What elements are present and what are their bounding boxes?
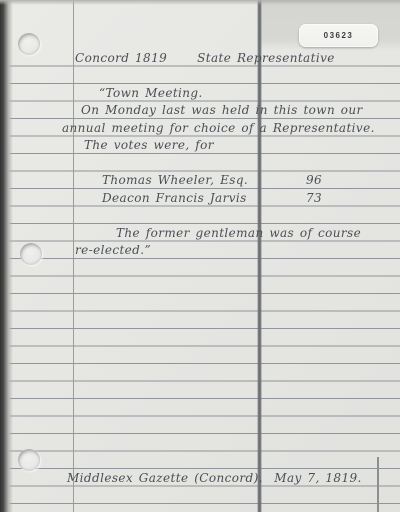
page-title: Concord 1819State Representative (75, 51, 335, 66)
closing-line: re-elected.” (75, 243, 151, 258)
hole-punch (18, 449, 40, 471)
vote-count: 73 (306, 191, 322, 206)
margin-line (73, 0, 74, 512)
catalog-number: 03623 (324, 31, 354, 40)
article-heading: “Town Meeting. (99, 86, 203, 101)
hole-punch (18, 33, 40, 55)
vote-name: Thomas Wheeler, Esq. (102, 173, 248, 188)
title-subject: State Representative (197, 51, 335, 65)
body-line: The votes were, for (84, 138, 214, 153)
vote-count: 96 (306, 173, 322, 188)
page-left-edge (0, 0, 13, 512)
body-line: On Monday last was held in this town our (81, 103, 363, 118)
scanned-document-page: 03623 Concord 1819State Representative “… (0, 0, 400, 512)
body-line: annual meeting for choice of a Represent… (62, 121, 375, 136)
catalog-number-label: 03623 (299, 24, 378, 47)
fold-crease-line (257, 0, 262, 512)
title-place-year: Concord 1819 (75, 51, 167, 65)
ruled-lines (5, 49, 400, 511)
page-top-edge (0, 0, 400, 5)
hole-punch (20, 243, 42, 265)
underlying-card-edge (377, 457, 379, 512)
closing-line: The former gentleman was of course (116, 226, 361, 241)
citation: Middlesex Gazette (Concord). May 7, 1819… (67, 471, 362, 486)
vote-name: Deacon Francis Jarvis (102, 191, 247, 206)
